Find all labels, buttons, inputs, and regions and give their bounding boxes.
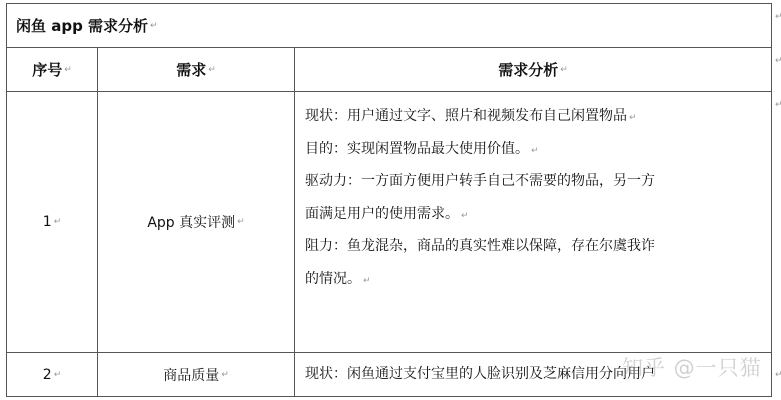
row-requirement: 商品质量↵	[98, 353, 295, 396]
paragraph-mark-icon: ↵	[54, 217, 62, 227]
header-index: 序号↵	[7, 48, 98, 91]
row-analysis: 现状：闲鱼通过支付宝里的人脸识别及芝麻信用分向用户	[295, 353, 771, 396]
paragraph-mark-icon: ↵	[221, 370, 229, 380]
table-title: 闲鱼 app 需求分析	[16, 15, 148, 36]
row-index: 2↵	[7, 353, 98, 396]
row-analysis: 现状：用户通过文字、照片和视频发布自己闲置物品↵ 目的：实现闲置物品最大使用价值…	[295, 92, 771, 352]
paragraph-mark-icon: ↵	[775, 100, 781, 110]
header-row: 序号↵ 需求↵ 需求分析↵	[7, 48, 771, 92]
paragraph-mark-icon: ↵	[775, 12, 781, 22]
table-row: 2↵ 商品质量↵ 现状：闲鱼通过支付宝里的人脸识别及芝麻信用分向用户	[7, 353, 771, 396]
table-row: 1↵ App 真实评测↵ 现状：用户通过文字、照片和视频发布自己闲置物品↵ 目的…	[7, 92, 771, 353]
paragraph-mark-icon: ↵	[629, 113, 637, 123]
paragraph-mark-icon: ↵	[237, 217, 245, 227]
paragraph-mark-icon: ↵	[531, 146, 539, 156]
row-index: 1↵	[7, 92, 98, 352]
paragraph-mark-icon: ↵	[363, 276, 371, 286]
header-requirement: 需求↵	[98, 48, 295, 91]
paragraph-mark-icon: ↵	[560, 65, 568, 75]
paragraph-mark-icon: ↵	[461, 211, 469, 221]
paragraph-mark-icon: ↵	[775, 56, 781, 66]
requirements-table: 闲鱼 app 需求分析 ↵ 序号↵ 需求↵ 需求分析↵ 1↵ App 真实评测↵…	[6, 3, 772, 397]
paragraph-mark-icon: ↵	[775, 370, 781, 380]
row-requirement: App 真实评测↵	[98, 92, 295, 352]
paragraph-mark-icon: ↵	[64, 65, 72, 75]
header-analysis: 需求分析↵	[295, 48, 771, 91]
paragraph-mark-icon: ↵	[150, 21, 158, 31]
table-title-row: 闲鱼 app 需求分析 ↵	[7, 4, 771, 48]
paragraph-mark-icon: ↵	[208, 65, 216, 75]
paragraph-mark-icon: ↵	[54, 370, 62, 380]
